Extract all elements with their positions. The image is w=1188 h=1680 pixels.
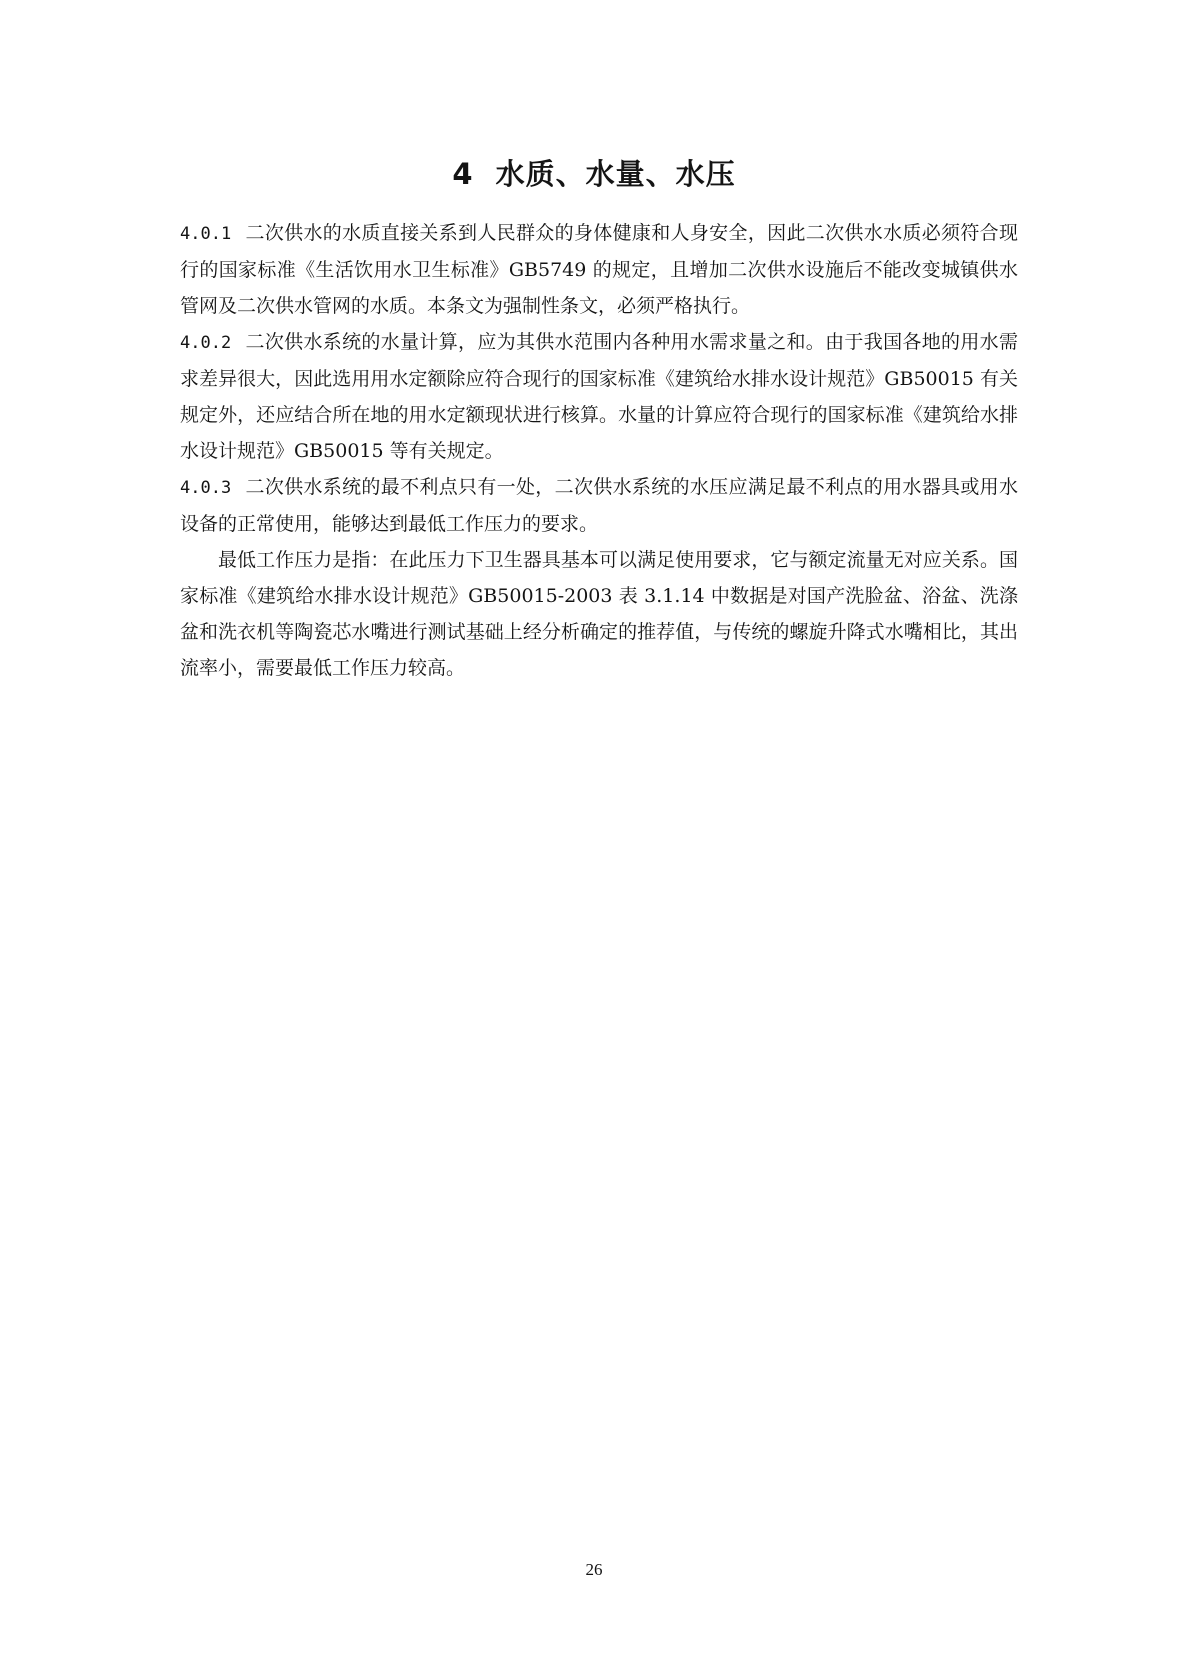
clause-4-0-3: 4.0.3二次供水系统的最不利点只有一处，二次供水系统的水压应满足最不利点的用水… bbox=[180, 469, 1018, 542]
clause-number: 4.0.2 bbox=[180, 333, 231, 353]
clause-text: 二次供水系统的水量计算，应为其供水范围内各种用水需求量之和。由于我国各地的用水需… bbox=[180, 331, 1018, 462]
explanation-paragraph: 最低工作压力是指：在此压力下卫生器具基本可以满足使用要求，它与额定流量无对应关系… bbox=[180, 542, 1018, 686]
clause-text: 二次供水系统的最不利点只有一处，二次供水系统的水压应满足最不利点的用水器具或用水… bbox=[180, 476, 1018, 535]
chapter-number: 4 bbox=[452, 157, 473, 191]
chapter-title: 4水质、水量、水压 bbox=[0, 152, 1188, 193]
clause-number: 4.0.1 bbox=[180, 224, 231, 244]
chapter-title-text: 水质、水量、水压 bbox=[496, 157, 736, 191]
clause-4-0-1: 4.0.1二次供水的水质直接关系到人民群众的身体健康和人身安全，因此二次供水水质… bbox=[180, 215, 1018, 324]
document-body: 4.0.1二次供水的水质直接关系到人民群众的身体健康和人身安全，因此二次供水水质… bbox=[180, 215, 1018, 686]
clause-4-0-2: 4.0.2二次供水系统的水量计算，应为其供水范围内各种用水需求量之和。由于我国各… bbox=[180, 324, 1018, 469]
page-number: 26 bbox=[0, 1560, 1188, 1580]
clause-number: 4.0.3 bbox=[180, 478, 231, 498]
clause-text: 二次供水的水质直接关系到人民群众的身体健康和人身安全，因此二次供水水质必须符合现… bbox=[180, 222, 1018, 317]
